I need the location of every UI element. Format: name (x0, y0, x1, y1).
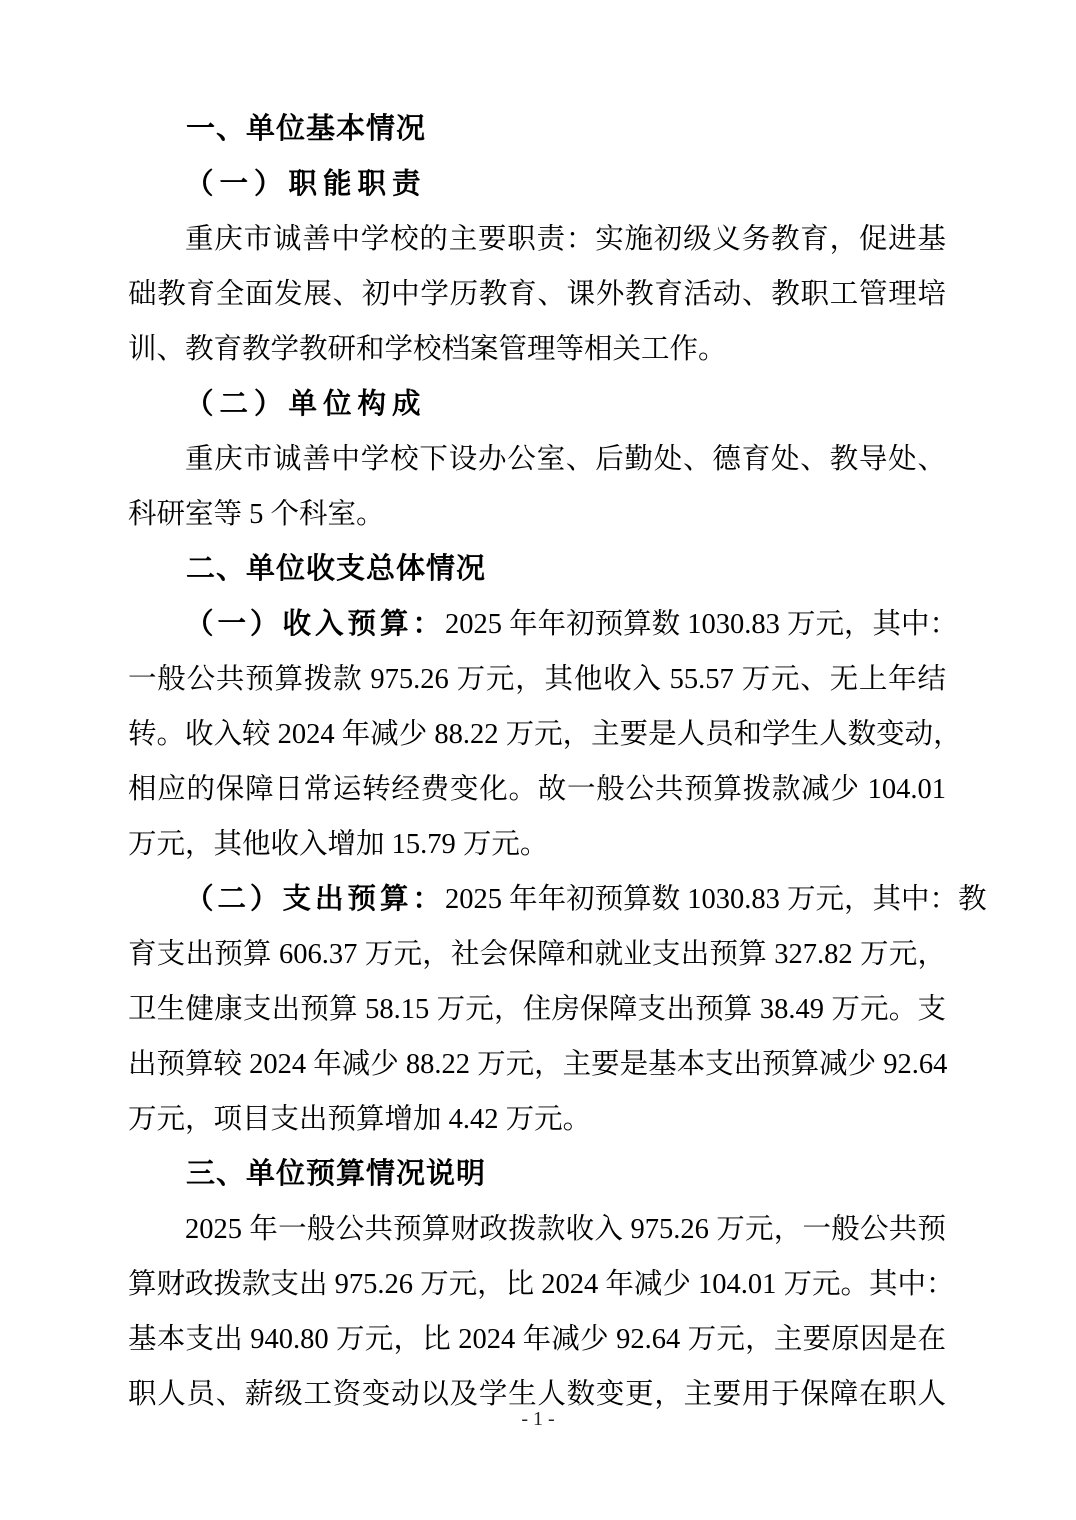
text-run: 卫生健康支出预算 58.15 万元，住房保障支出预算 38.49 万元。支 (128, 994, 946, 1025)
paragraph: （一）收入预算：2025 年年初预算数 1030.83 万元，其中：一般公共预算… (128, 597, 946, 872)
text-line: 基本支出 940.80 万元，比 2024 年减少 92.64 万元，主要原因是… (128, 1312, 946, 1367)
text-run: 相应的保障日常运转经费变化。故一般公共预算拨款减少 104.01 (128, 774, 946, 805)
paragraph: 重庆市诚善中学校下设办公室、后勤处、德育处、教导处、科研室等 5 个科室。 (128, 432, 946, 542)
text-line: 转。收入较 2024 年减少 88.22 万元，主要是人员和学生人数变动， (128, 707, 946, 762)
text-run: 出预算较 2024 年减少 88.22 万元，主要是基本支出预算减少 92.64 (128, 1049, 947, 1080)
text-line: 一般公共预算拨款 975.26 万元，其他收入 55.57 万元、无上年结 (128, 652, 946, 707)
text-run: 转。收入较 2024 年减少 88.22 万元，主要是人员和学生人数变动， (128, 719, 962, 750)
text-line: 出预算较 2024 年减少 88.22 万元，主要是基本支出预算减少 92.64 (128, 1037, 946, 1092)
bold-text-run: （二）支出预算： (185, 884, 445, 915)
text-line: 科研室等 5 个科室。 (128, 487, 946, 542)
section-heading: 二、单位收支总体情况 (128, 542, 946, 597)
text-line: 万元，其他收入增加 15.79 万元。 (128, 817, 946, 872)
text-run: 2025 年一般公共预算财政拨款收入 975.26 万元，一般公共预 (185, 1214, 946, 1245)
text-run: 础教育全面发展、初中学历教育、课外教育活动、教职工管理培 (128, 279, 946, 310)
text-line: 重庆市诚善中学校下设办公室、后勤处、德育处、教导处、 (128, 432, 946, 487)
sub-heading: （一）职能职责 (128, 157, 946, 212)
text-line: 础教育全面发展、初中学历教育、课外教育活动、教职工管理培 (128, 267, 946, 322)
text-line: （一）收入预算：2025 年年初预算数 1030.83 万元，其中： (128, 597, 946, 652)
text-run: 重庆市诚善中学校的主要职责：实施初级义务教育，促进基 (185, 224, 946, 255)
text-run: 育支出预算 606.37 万元，社会保障和就业支出预算 327.82 万元， (128, 939, 946, 970)
text-run: 科研室等 5 个科室。 (128, 499, 385, 530)
section-heading: 三、单位预算情况说明 (128, 1147, 946, 1202)
text-run: 2025 年年初预算数 1030.83 万元，其中： (445, 609, 958, 640)
page-number: - 1 - (0, 1404, 1076, 1434)
paragraph: 重庆市诚善中学校的主要职责：实施初级义务教育，促进基础教育全面发展、初中学历教育… (128, 212, 946, 377)
document-content: 一、单位基本情况（一）职能职责重庆市诚善中学校的主要职责：实施初级义务教育，促进… (128, 102, 946, 1422)
text-line: 卫生健康支出预算 58.15 万元，住房保障支出预算 38.49 万元。支 (128, 982, 946, 1037)
text-run: 万元，其他收入增加 15.79 万元。 (128, 829, 548, 860)
text-line: 万元，项目支出预算增加 4.42 万元。 (128, 1092, 946, 1147)
document-page: 一、单位基本情况（一）职能职责重庆市诚善中学校的主要职责：实施初级义务教育，促进… (0, 0, 1076, 1520)
text-run: 万元，项目支出预算增加 4.42 万元。 (128, 1104, 591, 1135)
text-run: 算财政拨款支出 975.26 万元，比 2024 年减少 104.01 万元。其… (128, 1269, 955, 1300)
text-line: （二）支出预算：2025 年年初预算数 1030.83 万元，其中：教 (128, 872, 946, 927)
text-run: 基本支出 940.80 万元，比 2024 年减少 92.64 万元，主要原因是… (128, 1324, 946, 1355)
paragraph: 2025 年一般公共预算财政拨款收入 975.26 万元，一般公共预算财政拨款支… (128, 1202, 946, 1422)
text-run: 训、教育教学教研和学校档案管理等相关工作。 (128, 334, 727, 365)
section-heading: 一、单位基本情况 (128, 102, 946, 157)
paragraph: （二）支出预算：2025 年年初预算数 1030.83 万元，其中：教育支出预算… (128, 872, 946, 1147)
text-line: 相应的保障日常运转经费变化。故一般公共预算拨款减少 104.01 (128, 762, 946, 817)
text-run: 2025 年年初预算数 1030.83 万元，其中：教 (445, 884, 987, 915)
text-line: 算财政拨款支出 975.26 万元，比 2024 年减少 104.01 万元。其… (128, 1257, 946, 1312)
sub-heading: （二）单位构成 (128, 377, 946, 432)
text-run: 一般公共预算拨款 975.26 万元，其他收入 55.57 万元、无上年结 (128, 664, 946, 695)
text-line: 重庆市诚善中学校的主要职责：实施初级义务教育，促进基 (128, 212, 946, 267)
text-run: 重庆市诚善中学校下设办公室、后勤处、德育处、教导处、 (185, 444, 946, 475)
text-line: 育支出预算 606.37 万元，社会保障和就业支出预算 327.82 万元， (128, 927, 946, 982)
bold-text-run: （一）收入预算： (185, 609, 445, 640)
text-line: 2025 年一般公共预算财政拨款收入 975.26 万元，一般公共预 (128, 1202, 946, 1257)
text-line: 训、教育教学教研和学校档案管理等相关工作。 (128, 322, 946, 377)
